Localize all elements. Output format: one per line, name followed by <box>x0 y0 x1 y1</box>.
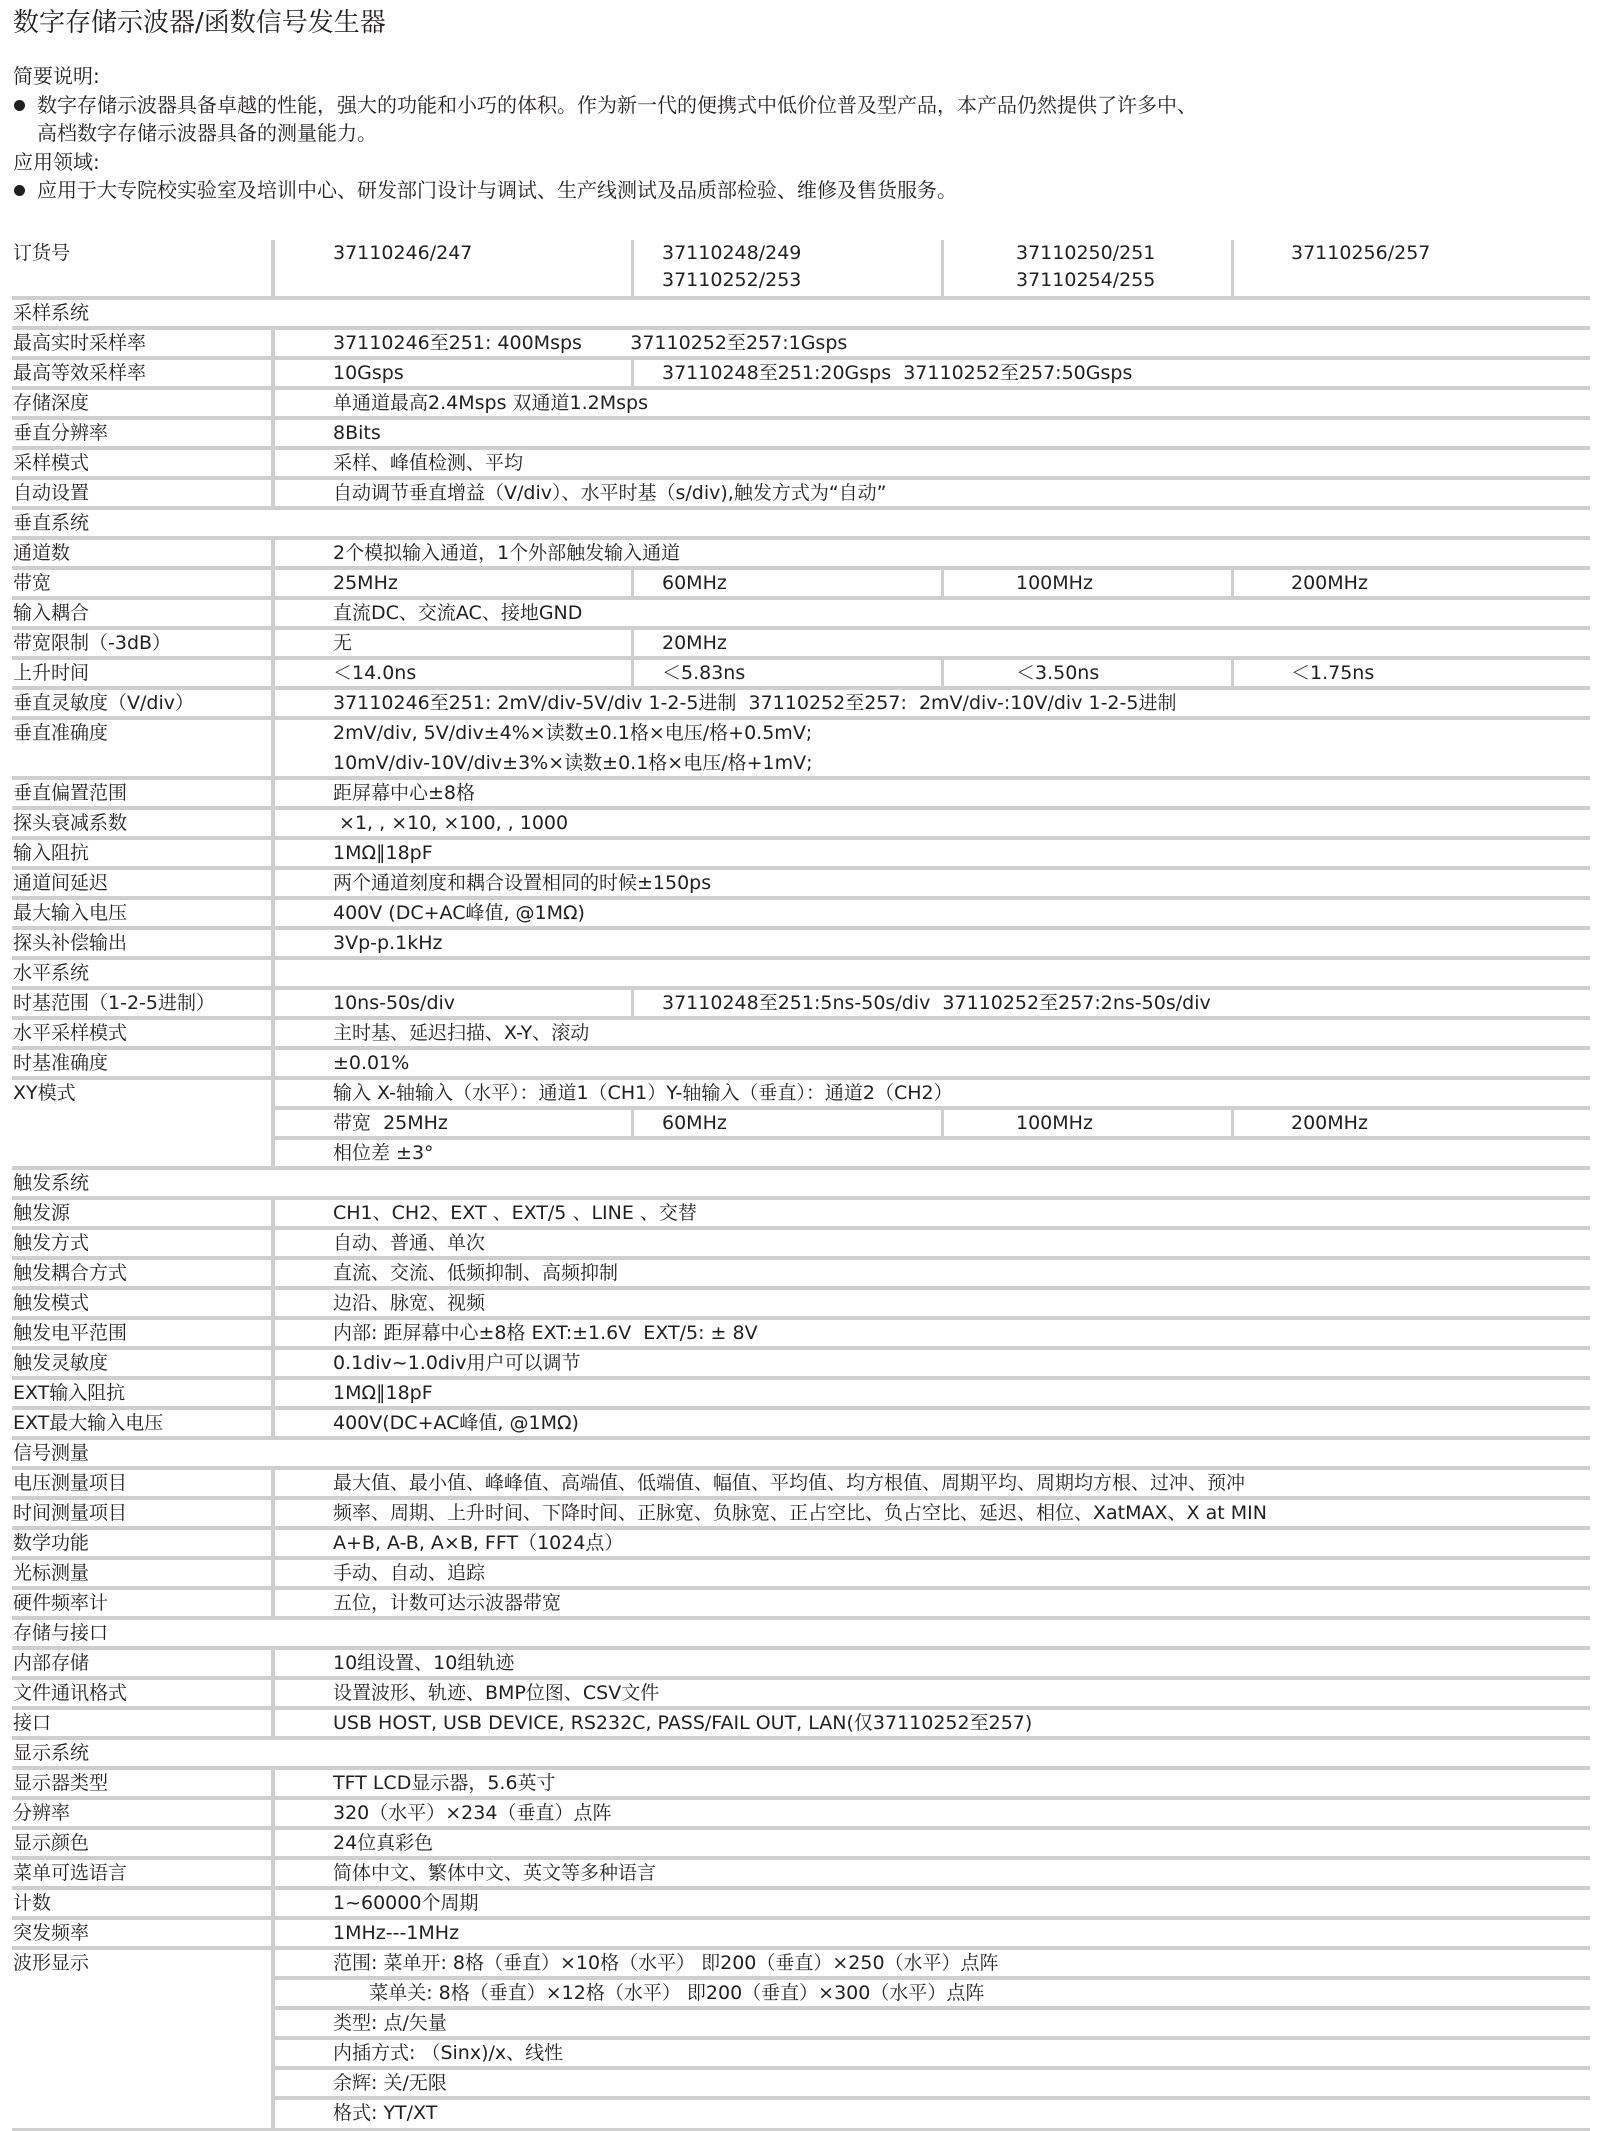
table-row: 输入阻抗 1MΩ∥18pF <box>12 840 1590 870</box>
waveform-line: 格式: YT/XT <box>275 2100 1590 2126</box>
row-label: 垂直偏置范围 <box>12 780 275 806</box>
table-row: 自动设置 自动调节垂直增益（V/div）、水平时基（s/div),触发方式为“自… <box>12 480 1590 510</box>
row-value-col2: 37110248至251:5ns-50s/div 37110252至257:2n… <box>631 990 1590 1020</box>
row-value: 边沿、脉宽、视频 <box>275 1290 1590 1320</box>
row-label: 垂直灵敏度（V/div） <box>12 690 275 716</box>
row-label: 探头补偿输出 <box>12 930 275 956</box>
row-value-col1: 10Gsps <box>275 360 631 390</box>
row-value: 24位真彩色 <box>275 1830 1590 1860</box>
row-value: 37110246至251: 400Msps 37110252至257:1Gsps <box>275 330 1590 360</box>
row-label: 带宽限制（-3dB） <box>12 630 275 656</box>
row-value: 1MHz---1MHz <box>275 1920 1590 1950</box>
row-value-line1: 2mV/div, 5V/div±4%×读数±0.1格×电压/格+0.5mV; <box>275 720 1590 750</box>
waveform-line: 范围: 菜单开: 8格（垂直）×10格（水平） 即200（垂直）×250（水平）… <box>275 1950 1590 1976</box>
table-row: 突发频率 1MHz---1MHz <box>12 1920 1590 1950</box>
row-label: 自动设置 <box>12 480 275 506</box>
table-row: 垂直准确度 2mV/div, 5V/div±4%×读数±0.1格×电压/格+0.… <box>12 720 1590 780</box>
row-label: 带宽 <box>12 570 275 596</box>
row-label: 订货号 <box>12 240 275 296</box>
row-value: 五位，计数可达示波器带宽 <box>275 1590 1590 1620</box>
application-text: 应用于大专院校实验室及培训中心、研发部门设计与调试、生产线测试及品质部检验、维修… <box>37 178 957 202</box>
row-value-col1: 25MHz <box>275 570 631 600</box>
section-title: 信号测量 <box>12 1440 412 1466</box>
row-value-col2: ＜5.83ns <box>631 660 941 690</box>
table-row: 硬件频率计 五位，计数可达示波器带宽 <box>12 1590 1590 1620</box>
row-value: 1MΩ∥18pF <box>275 840 1590 870</box>
row-label: 最大输入电压 <box>12 900 275 926</box>
row-label: EXT最大输入电压 <box>12 1410 275 1436</box>
row-value: 8Bits <box>275 420 1590 450</box>
row-value-col4: ＜1.75ns <box>1231 660 1590 690</box>
row-label: 最高等效采样率 <box>12 360 275 386</box>
row-value: 400V (DC+AC峰值, @1MΩ) <box>275 900 1590 930</box>
row-value: 手动、自动、追踪 <box>275 1560 1590 1590</box>
row-label: 硬件频率计 <box>12 1590 275 1616</box>
table-row: 触发灵敏度 0.1div~1.0div用户可以调节 <box>12 1350 1590 1380</box>
row-label: 数学功能 <box>12 1530 275 1556</box>
section-title: 显示系统 <box>12 1740 412 1766</box>
table-row: 探头衰减系数 ×1, , ×10, ×100, , 1000 <box>12 810 1590 840</box>
xy-bandwidth-col4: 200MHz <box>1231 1110 1590 1136</box>
row-label: 触发模式 <box>12 1290 275 1316</box>
table-row: 显示颜色 24位真彩色 <box>12 1830 1590 1860</box>
row-value: 400V(DC+AC峰值, @1MΩ) <box>275 1410 1590 1440</box>
row-value: 自动、普通、单次 <box>275 1230 1590 1260</box>
row-label: 垂直分辨率 <box>12 420 275 446</box>
order-col1: 37110246/247 <box>275 240 631 296</box>
row-value: 最大值、最小值、峰峰值、高端值、低端值、幅值、平均值、均方根值、周期平均、周期均… <box>275 1470 1590 1500</box>
row-label: 时间测量项目 <box>12 1500 275 1526</box>
row-label: 输入耦合 <box>12 600 275 626</box>
row-label: 输入阻抗 <box>12 840 275 866</box>
table-row: 输入耦合 直流DC、交流AC、接地GND <box>12 600 1590 630</box>
row-value: CH1、CH2、EXT 、EXT/5 、LINE 、交替 <box>275 1200 1590 1230</box>
table-row: 触发源 CH1、CH2、EXT 、EXT/5 、LINE 、交替 <box>12 1200 1590 1230</box>
table-row: 触发电平范围 内部: 距屏幕中心±8格 EXT:±1.6V EXT/5: ± 8… <box>12 1320 1590 1350</box>
section-trigger: 触发系统 <box>12 1170 1590 1200</box>
row-label: 时基准确度 <box>12 1050 275 1076</box>
row-label: 时基范围（1-2-5进制） <box>12 990 275 1016</box>
table-row: 存储深度 单通道最高2.4Msps 双通道1.2Msps <box>12 390 1590 420</box>
table-row: EXT输入阻抗 1MΩ∥18pF <box>12 1380 1590 1410</box>
row-label: 波形显示 <box>12 1950 275 2128</box>
row-label: 显示器类型 <box>12 1770 275 1796</box>
waveform-line: 余辉: 关/无限 <box>275 2070 1590 2096</box>
table-row: 触发模式 边沿、脉宽、视频 <box>12 1290 1590 1320</box>
table-row: 计数 1~60000个周期 <box>12 1890 1590 1920</box>
row-label: 内部存储 <box>12 1650 275 1676</box>
table-row-xy-mode: XY模式 输入 X-轴输入（水平）：通道1（CH1）Y-轴输入（垂直）：通道2（… <box>12 1080 1590 1170</box>
xy-bandwidth-col1: 带宽 25MHz <box>275 1110 631 1136</box>
row-value: 采样、峰值检测、平均 <box>275 450 1590 480</box>
row-value: 单通道最高2.4Msps 双通道1.2Msps <box>275 390 1590 420</box>
row-value: 10组设置、10组轨迹 <box>275 1650 1590 1680</box>
row-value: 直流、交流、低频抑制、高频抑制 <box>275 1260 1590 1290</box>
table-row: 时基范围（1-2-5进制） 10ns-50s/div 37110248至251:… <box>12 990 1590 1020</box>
table-row: EXT最大输入电压 400V(DC+AC峰值, @1MΩ) <box>12 1410 1590 1440</box>
table-row: 触发方式 自动、普通、单次 <box>12 1230 1590 1260</box>
summary-heading: 简要说明: <box>13 62 1197 91</box>
table-row: 探头补偿输出 3Vp-p.1kHz <box>12 930 1590 960</box>
row-label: 菜单可选语言 <box>12 1860 275 1886</box>
row-value: 自动调节垂直增益（V/div）、水平时基（s/div),触发方式为“自动” <box>275 480 1590 510</box>
table-row: 分辨率 320（水平）×234（垂直）点阵 <box>12 1800 1590 1830</box>
row-label: 探头衰减系数 <box>12 810 275 836</box>
row-label: 显示颜色 <box>12 1830 275 1856</box>
row-value: ×1, , ×10, ×100, , 1000 <box>275 810 1590 840</box>
section-sampling: 采样系统 <box>12 300 1590 330</box>
section-vertical: 垂直系统 <box>12 510 1590 540</box>
row-value-line2: 10mV/div-10V/div±3%×读数±0.1格×电压/格+1mV; <box>275 750 1590 776</box>
section-title: 存储与接口 <box>12 1620 412 1646</box>
summary-text-line2: 高档数字存储示波器具备的测量能力。 <box>13 119 1197 148</box>
xy-phase: 相位差 ±3° <box>275 1140 1590 1162</box>
order-col4: 37110256/257 <box>1231 240 1590 296</box>
section-title: 采样系统 <box>12 300 412 326</box>
row-value: 两个通道刻度和耦合设置相同的时候±150ps <box>275 870 1590 900</box>
row-value: 频率、周期、上升时间、下降时间、正脉宽、负脉宽、正占空比、负占空比、延迟、相位、… <box>275 1500 1590 1530</box>
order-col3: 37110250/25137110254/255 <box>941 240 1231 296</box>
row-value: 设置波形、轨迹、BMP位图、CSV文件 <box>275 1680 1590 1710</box>
table-row-order-number: 订货号 37110246/247 37110248/24937110252/25… <box>12 240 1590 300</box>
table-row: 垂直灵敏度（V/div） 37110246至251: 2mV/div-5V/di… <box>12 690 1590 720</box>
table-row: 上升时间 ＜14.0ns ＜5.83ns ＜3.50ns ＜1.75ns <box>12 660 1590 690</box>
row-label: 分辨率 <box>12 1800 275 1826</box>
row-label: EXT输入阻抗 <box>12 1380 275 1406</box>
table-row: 通道数 2个模拟输入通道，1个外部触发输入通道 <box>12 540 1590 570</box>
row-label: 突发频率 <box>12 1920 275 1946</box>
row-value: 内部: 距屏幕中心±8格 EXT:±1.6V EXT/5: ± 8V <box>275 1320 1590 1350</box>
page-title: 数字存储示波器/函数信号发生器 <box>13 6 386 40</box>
row-label: 垂直准确度 <box>12 720 275 776</box>
section-storage: 存储与接口 <box>12 1620 1590 1650</box>
xy-input: 输入 X-轴输入（水平）：通道1（CH1）Y-轴输入（垂直）：通道2（CH2） <box>275 1080 1590 1106</box>
section-title: 垂直系统 <box>12 510 412 536</box>
row-value-col4: 200MHz <box>1231 570 1590 600</box>
table-row: 时基准确度 ±0.01% <box>12 1050 1590 1080</box>
row-label: 存储深度 <box>12 390 275 416</box>
row-value-col2: 60MHz <box>631 570 941 600</box>
table-row: 内部存储 10组设置、10组轨迹 <box>12 1650 1590 1680</box>
row-value: TFT LCD显示器，5.6英寸 <box>275 1770 1590 1800</box>
section-title: 水平系统 <box>12 960 275 986</box>
row-label: XY模式 <box>12 1080 275 1166</box>
row-label: 上升时间 <box>12 660 275 686</box>
bullet-icon <box>14 185 25 196</box>
row-value: 1MΩ∥18pF <box>275 1380 1590 1410</box>
row-label: 计数 <box>12 1890 275 1916</box>
table-row: 水平采样模式 主时基、延迟扫描、X-Y、滚动 <box>12 1020 1590 1050</box>
row-label: 触发方式 <box>12 1230 275 1256</box>
table-row-waveform-display: 波形显示 范围: 菜单开: 8格（垂直）×10格（水平） 即200（垂直）×25… <box>12 1950 1590 2131</box>
row-label: 水平采样模式 <box>12 1020 275 1046</box>
table-row: 带宽限制（-3dB） 无 20MHz <box>12 630 1590 660</box>
row-label: 通道数 <box>12 540 275 566</box>
section-measurement: 信号测量 <box>12 1440 1590 1470</box>
table-row: 垂直分辨率 8Bits <box>12 420 1590 450</box>
waveform-line: 内插方式: （Sinx)/x、线性 <box>275 2040 1590 2066</box>
table-row: 显示器类型 TFT LCD显示器，5.6英寸 <box>12 1770 1590 1800</box>
table-row: 最大输入电压 400V (DC+AC峰值, @1MΩ) <box>12 900 1590 930</box>
row-value: 2个模拟输入通道，1个外部触发输入通道 <box>275 540 1590 570</box>
table-row: 采样模式 采样、峰值检测、平均 <box>12 450 1590 480</box>
table-row: 文件通讯格式 设置波形、轨迹、BMP位图、CSV文件 <box>12 1680 1590 1710</box>
intro-section: 简要说明: 数字存储示波器具备卓越的性能，强大的功能和小巧的体积。作为新一代的便… <box>13 62 1197 205</box>
application-heading: 应用领域: <box>13 148 1197 177</box>
row-value-col1: ＜14.0ns <box>275 660 631 690</box>
row-value-col2: 37110248至251:20Gsps 37110252至257:50Gsps <box>631 360 1590 390</box>
summary-text-line1: 数字存储示波器具备卓越的性能，强大的功能和小巧的体积。作为新一代的便携式中低价位… <box>37 93 1197 117</box>
row-value: 320（水平）×234（垂直）点阵 <box>275 1800 1590 1830</box>
table-row: 菜单可选语言 简体中文、繁体中文、英文等多种语言 <box>12 1860 1590 1890</box>
table-row: 数学功能 A+B, A-B, A×B, FFT（1024点） <box>12 1530 1590 1560</box>
row-value: 37110246至251: 2mV/div-5V/div 1-2-5进制 371… <box>275 690 1590 720</box>
row-value-col3: 100MHz <box>941 570 1231 600</box>
row-value: 简体中文、繁体中文、英文等多种语言 <box>275 1860 1590 1890</box>
spec-table: 订货号 37110246/247 37110248/24937110252/25… <box>12 240 1590 2131</box>
table-row: 带宽 25MHz 60MHz 100MHz 200MHz <box>12 570 1590 600</box>
table-row: 电压测量项目 最大值、最小值、峰峰值、高端值、低端值、幅值、平均值、均方根值、周… <box>12 1470 1590 1500</box>
row-value: 距屏幕中心±8格 <box>275 780 1590 810</box>
xy-bandwidth-col3: 100MHz <box>941 1110 1231 1136</box>
row-value: 0.1div~1.0div用户可以调节 <box>275 1350 1590 1380</box>
waveform-line: 类型: 点/矢量 <box>275 2010 1590 2036</box>
row-value: 3Vp-p.1kHz <box>275 930 1590 960</box>
row-value: 直流DC、交流AC、接地GND <box>275 600 1590 630</box>
section-title: 触发系统 <box>12 1170 412 1196</box>
table-row: 触发耦合方式 直流、交流、低频抑制、高频抑制 <box>12 1260 1590 1290</box>
section-display: 显示系统 <box>12 1740 1590 1770</box>
row-value-col1: 10ns-50s/div <box>275 990 631 1020</box>
table-row: 垂直偏置范围 距屏幕中心±8格 <box>12 780 1590 810</box>
row-value: USB HOST, USB DEVICE, RS232C, PASS/FAIL … <box>275 1710 1590 1740</box>
table-row: 最高实时采样率 37110246至251: 400Msps 37110252至2… <box>12 330 1590 360</box>
row-value: 主时基、延迟扫描、X-Y、滚动 <box>275 1020 1590 1050</box>
summary-bullet: 数字存储示波器具备卓越的性能，强大的功能和小巧的体积。作为新一代的便携式中低价位… <box>13 91 1197 120</box>
row-label: 光标测量 <box>12 1560 275 1586</box>
section-horizontal: 水平系统 <box>12 960 1590 990</box>
row-label: 电压测量项目 <box>12 1470 275 1496</box>
row-label: 触发源 <box>12 1200 275 1226</box>
application-bullet: 应用于大专院校实验室及培训中心、研发部门设计与调试、生产线测试及品质部检验、维修… <box>13 176 1197 205</box>
table-row: 光标测量 手动、自动、追踪 <box>12 1560 1590 1590</box>
row-value-col2: 20MHz <box>631 630 1590 660</box>
row-label: 触发耦合方式 <box>12 1260 275 1286</box>
row-value-col1: 无 <box>275 630 631 660</box>
row-value-col3: ＜3.50ns <box>941 660 1231 690</box>
table-row: 接口 USB HOST, USB DEVICE, RS232C, PASS/FA… <box>12 1710 1590 1740</box>
row-label: 文件通讯格式 <box>12 1680 275 1706</box>
waveform-line: 菜单关: 8格（垂直）×12格（水平） 即200（垂直）×300（水平）点阵 <box>275 1980 1590 2006</box>
row-label: 触发灵敏度 <box>12 1350 275 1376</box>
row-label: 最高实时采样率 <box>12 330 275 356</box>
row-label: 接口 <box>12 1710 275 1736</box>
bullet-icon <box>14 100 25 111</box>
table-row: 通道间延迟 两个通道刻度和耦合设置相同的时候±150ps <box>12 870 1590 900</box>
row-label: 采样模式 <box>12 450 275 476</box>
row-value: 1~60000个周期 <box>275 1890 1590 1920</box>
xy-bandwidth-col2: 60MHz <box>631 1110 941 1136</box>
row-label: 通道间延迟 <box>12 870 275 896</box>
row-label: 触发电平范围 <box>12 1320 275 1346</box>
table-row: 最高等效采样率 10Gsps 37110248至251:20Gsps 37110… <box>12 360 1590 390</box>
row-value: ±0.01% <box>275 1050 1590 1080</box>
order-col2: 37110248/24937110252/253 <box>631 240 941 296</box>
row-value: A+B, A-B, A×B, FFT（1024点） <box>275 1530 1590 1560</box>
table-row: 时间测量项目 频率、周期、上升时间、下降时间、正脉宽、负脉宽、正占空比、负占空比… <box>12 1500 1590 1530</box>
